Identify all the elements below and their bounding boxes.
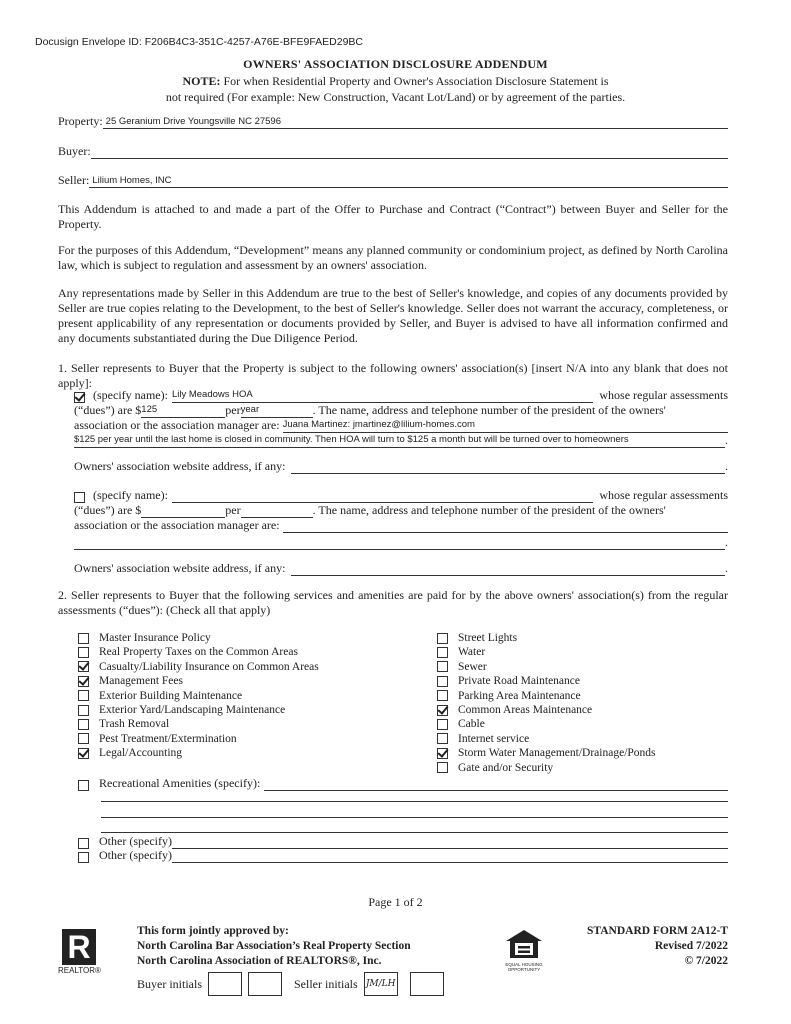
association-1-per-input[interactable]: year	[241, 402, 313, 418]
association-1-website-input[interactable]	[291, 460, 725, 474]
association-1-manager-input-2[interactable]: $125 per year until the last home is clo…	[74, 432, 725, 448]
page-number: Page 1 of 2	[0, 895, 791, 910]
amenity-checkbox[interactable]	[78, 733, 89, 744]
paragraph-development: For the purposes of this Addendum, “Deve…	[58, 243, 728, 273]
president-text-2: . The name, address and telephone number…	[313, 503, 728, 518]
whose-label-2: whose regular assessments	[599, 488, 728, 503]
amenity-checkbox[interactable]	[78, 676, 89, 687]
dues-label: (“dues”) are $	[74, 403, 141, 418]
amenity-checkbox[interactable]	[437, 676, 448, 687]
amenity-label: Parking Area Maintenance	[458, 689, 581, 703]
other-row-2: Other (specify)	[78, 848, 728, 863]
amenity-label: Legal/Accounting	[99, 746, 182, 760]
approval-block: This form jointly approved by: North Car…	[137, 924, 411, 969]
association-1-manager-row: association or the association manager a…	[74, 417, 728, 433]
amenity-item[interactable]: Master Insurance Policy	[78, 631, 418, 645]
amenity-item[interactable]: Private Road Maintenance	[437, 674, 737, 688]
amenity-item[interactable]: Parking Area Maintenance	[437, 689, 737, 703]
amenity-checkbox[interactable]	[437, 661, 448, 672]
amenity-checkbox[interactable]	[78, 633, 89, 644]
recreational-line-3[interactable]	[101, 817, 728, 818]
seller-initials-box-2[interactable]	[410, 972, 444, 996]
amenity-item[interactable]: Real Property Taxes on the Common Areas	[78, 645, 418, 659]
buyer-input[interactable]	[91, 145, 728, 159]
buyer-field: Buyer:	[58, 144, 728, 159]
association-2-website-input[interactable]	[291, 562, 725, 576]
amenity-label: Trash Removal	[99, 717, 169, 731]
note-label: NOTE:	[182, 74, 220, 88]
association-2-manager-input[interactable]	[283, 519, 728, 533]
amenity-checkbox[interactable]	[437, 762, 448, 773]
amenity-label: Sewer	[458, 660, 487, 674]
document-title: OWNERS' ASSOCIATION DISCLOSURE ADDENDUM	[0, 57, 791, 72]
buyer-initials-box-2[interactable]	[248, 972, 282, 996]
realtor-logo-icon	[62, 929, 96, 965]
amenity-label: Exterior Building Maintenance	[99, 689, 242, 703]
association-1-dues-row: (“dues”) are $ 125 per year . The name, …	[74, 402, 728, 418]
form-name: STANDARD FORM 2A12-T	[587, 924, 728, 939]
association-1-dues-input[interactable]: 125	[141, 402, 225, 418]
association-2-dues-row: (“dues”) are $ per . The name, address a…	[74, 503, 728, 518]
amenity-checkbox[interactable]	[437, 733, 448, 744]
amenity-label: Storm Water Management/Drainage/Ponds	[458, 746, 656, 760]
amenities-right-list: Street LightsWaterSewerPrivate Road Main…	[437, 631, 737, 775]
association-1-name-row: (specify name): Lily Meadows HOA whose r…	[74, 387, 728, 403]
website-label: Owners' association website address, if …	[74, 459, 285, 474]
amenity-label: Management Fees	[99, 674, 183, 688]
amenity-label: Street Lights	[458, 631, 517, 645]
amenity-item[interactable]: Exterior Yard/Landscaping Maintenance	[78, 703, 418, 717]
amenity-checkbox[interactable]	[437, 748, 448, 759]
amenity-checkbox[interactable]	[437, 705, 448, 716]
amenity-item[interactable]: Exterior Building Maintenance	[78, 689, 418, 703]
seller-field: Seller: Lilium Homes, INC	[58, 173, 728, 188]
property-input[interactable]: 25 Geranium Drive Youngsville NC 27596	[103, 115, 728, 129]
amenity-checkbox[interactable]	[78, 748, 89, 759]
recreational-label: Recreational Amenities (specify):	[99, 776, 260, 791]
envelope-id: Docusign Envelope ID: F206B4C3-351C-4257…	[35, 36, 363, 48]
association-2-website-row: Owners' association website address, if …	[74, 561, 728, 576]
recreational-checkbox[interactable]	[78, 780, 89, 791]
amenity-label: Cable	[458, 717, 485, 731]
amenity-label: Gate and/or Security	[458, 761, 553, 775]
amenity-label: Pest Treatment/Extermination	[99, 732, 237, 746]
property-field: Property: 25 Geranium Drive Youngsville …	[58, 114, 728, 129]
dues-label-2: (“dues”) are $	[74, 503, 141, 518]
specify-name-label: (specify name):	[93, 388, 168, 403]
amenity-item[interactable]: Management Fees	[78, 674, 418, 688]
realtor-mark: REALTOR®	[58, 966, 101, 975]
form-revised: Revised 7/2022	[587, 939, 728, 954]
property-label: Property:	[58, 114, 103, 129]
recreational-line-2[interactable]	[101, 801, 728, 802]
seller-initials-box-1[interactable]: JM/LH	[364, 972, 398, 996]
amenity-label: Master Insurance Policy	[99, 631, 211, 645]
association-1-manager-row2: $125 per year until the last home is clo…	[74, 432, 728, 448]
equal-housing-text: EQUAL HOUSING OPPORTUNITY	[497, 962, 551, 972]
association-1-name-input[interactable]: Lily Meadows HOA	[172, 387, 593, 403]
per-label-2: per	[225, 503, 240, 518]
amenity-item[interactable]: Storm Water Management/Drainage/Ponds	[437, 746, 737, 760]
paragraph-representations: Any representations made by Seller in th…	[58, 286, 728, 346]
amenity-checkbox[interactable]	[78, 647, 89, 658]
title-note: NOTE: For when Residential Property and …	[0, 73, 791, 105]
president-text: . The name, address and telephone number…	[313, 403, 728, 418]
buyer-initials-box-1[interactable]	[208, 972, 242, 996]
seller-input[interactable]: Lilium Homes, INC	[89, 174, 728, 188]
amenity-item[interactable]: Water	[437, 645, 737, 659]
whose-label: whose regular assessments	[599, 388, 728, 403]
manager-label-2: association or the association manager a…	[74, 518, 280, 533]
association-2-name-input[interactable]	[172, 489, 593, 503]
specify-name-label-2: (specify name):	[93, 488, 168, 503]
amenity-checkbox[interactable]	[78, 661, 89, 672]
association-2-manager-row2: .	[74, 535, 728, 550]
association-2-checkbox[interactable]	[74, 492, 85, 503]
amenity-checkbox[interactable]	[78, 705, 89, 716]
amenity-item[interactable]: Cable	[437, 717, 737, 731]
buyer-initials-label: Buyer initials	[137, 977, 202, 992]
seller-label: Seller:	[58, 173, 89, 188]
form-copyright: © 7/2022	[587, 954, 728, 969]
amenity-item[interactable]: Legal/Accounting	[78, 746, 418, 760]
recreational-row: Recreational Amenities (specify):	[78, 776, 728, 791]
form-info: STANDARD FORM 2A12-T Revised 7/2022 © 7/…	[587, 924, 728, 969]
amenity-item[interactable]: Sewer	[437, 660, 737, 674]
association-1-website-row: Owners' association website address, if …	[74, 459, 728, 474]
note-line1: For when Residential Property and Owner'…	[223, 74, 608, 88]
recreational-input[interactable]	[264, 777, 728, 791]
amenity-item[interactable]: Internet service	[437, 732, 737, 746]
paragraph-attached: This Addendum is attached to and made a …	[58, 202, 728, 232]
amenity-label: Common Areas Maintenance	[458, 703, 592, 717]
other-2-label: Other (specify)	[99, 848, 172, 863]
amenity-checkbox[interactable]	[78, 690, 89, 701]
other-row-1: Other (specify)	[78, 834, 728, 849]
amenity-item[interactable]: Common Areas Maintenance	[437, 703, 737, 717]
other-1-label: Other (specify)	[99, 834, 172, 849]
amenity-label: Casualty/Liability Insurance on Common A…	[99, 660, 319, 674]
seller-initials-label: Seller initials	[294, 977, 358, 992]
other-2-checkbox[interactable]	[78, 852, 89, 863]
note-line2: not required (For example: New Construct…	[0, 89, 791, 105]
amenity-label: Water	[458, 645, 485, 659]
manager-label: association or the association manager a…	[74, 418, 280, 433]
approving-org-1: North Carolina Bar Association’s Real Pr…	[137, 939, 411, 954]
other-2-input[interactable]	[172, 849, 728, 863]
amenity-item[interactable]: Trash Removal	[78, 717, 418, 731]
association-2-manager-row: association or the association manager a…	[74, 518, 728, 533]
amenity-item[interactable]: Street Lights	[437, 631, 737, 645]
amenity-label: Internet service	[458, 732, 529, 746]
amenity-checkbox[interactable]	[437, 690, 448, 701]
amenity-label: Real Property Taxes on the Common Areas	[99, 645, 298, 659]
amenity-item[interactable]: Pest Treatment/Extermination	[78, 732, 418, 746]
initials-row: Buyer initials Seller initials JM/LH	[137, 972, 444, 996]
website-label-2: Owners' association website address, if …	[74, 561, 285, 576]
recreational-line-4[interactable]	[101, 832, 728, 833]
equal-housing-icon	[503, 928, 545, 960]
amenity-label: Exterior Yard/Landscaping Maintenance	[99, 703, 285, 717]
association-2-name-row: (specify name): whose regular assessment…	[74, 488, 728, 503]
amenity-checkbox[interactable]	[437, 719, 448, 730]
per-label: per	[225, 403, 240, 418]
amenity-item[interactable]: Gate and/or Security	[437, 761, 737, 775]
association-2-manager-input-2[interactable]	[74, 536, 725, 550]
amenity-label: Private Road Maintenance	[458, 674, 580, 688]
amenity-item[interactable]: Casualty/Liability Insurance on Common A…	[78, 660, 418, 674]
amenity-checkbox[interactable]	[78, 719, 89, 730]
amenity-checkbox[interactable]	[437, 633, 448, 644]
amenity-checkbox[interactable]	[437, 647, 448, 658]
approving-org-2: North Carolina Association of REALTORS®,…	[137, 954, 411, 969]
buyer-label: Buyer:	[58, 144, 91, 159]
section2-intro: 2. Seller represents to Buyer that the f…	[58, 588, 728, 618]
association-1-manager-input[interactable]: Juana Martinez: jmartinez@lilium-homes.c…	[283, 417, 728, 433]
amenities-left-list: Master Insurance PolicyReal Property Tax…	[78, 631, 418, 761]
other-1-input[interactable]	[172, 835, 728, 849]
approved-by: This form jointly approved by:	[137, 924, 411, 939]
